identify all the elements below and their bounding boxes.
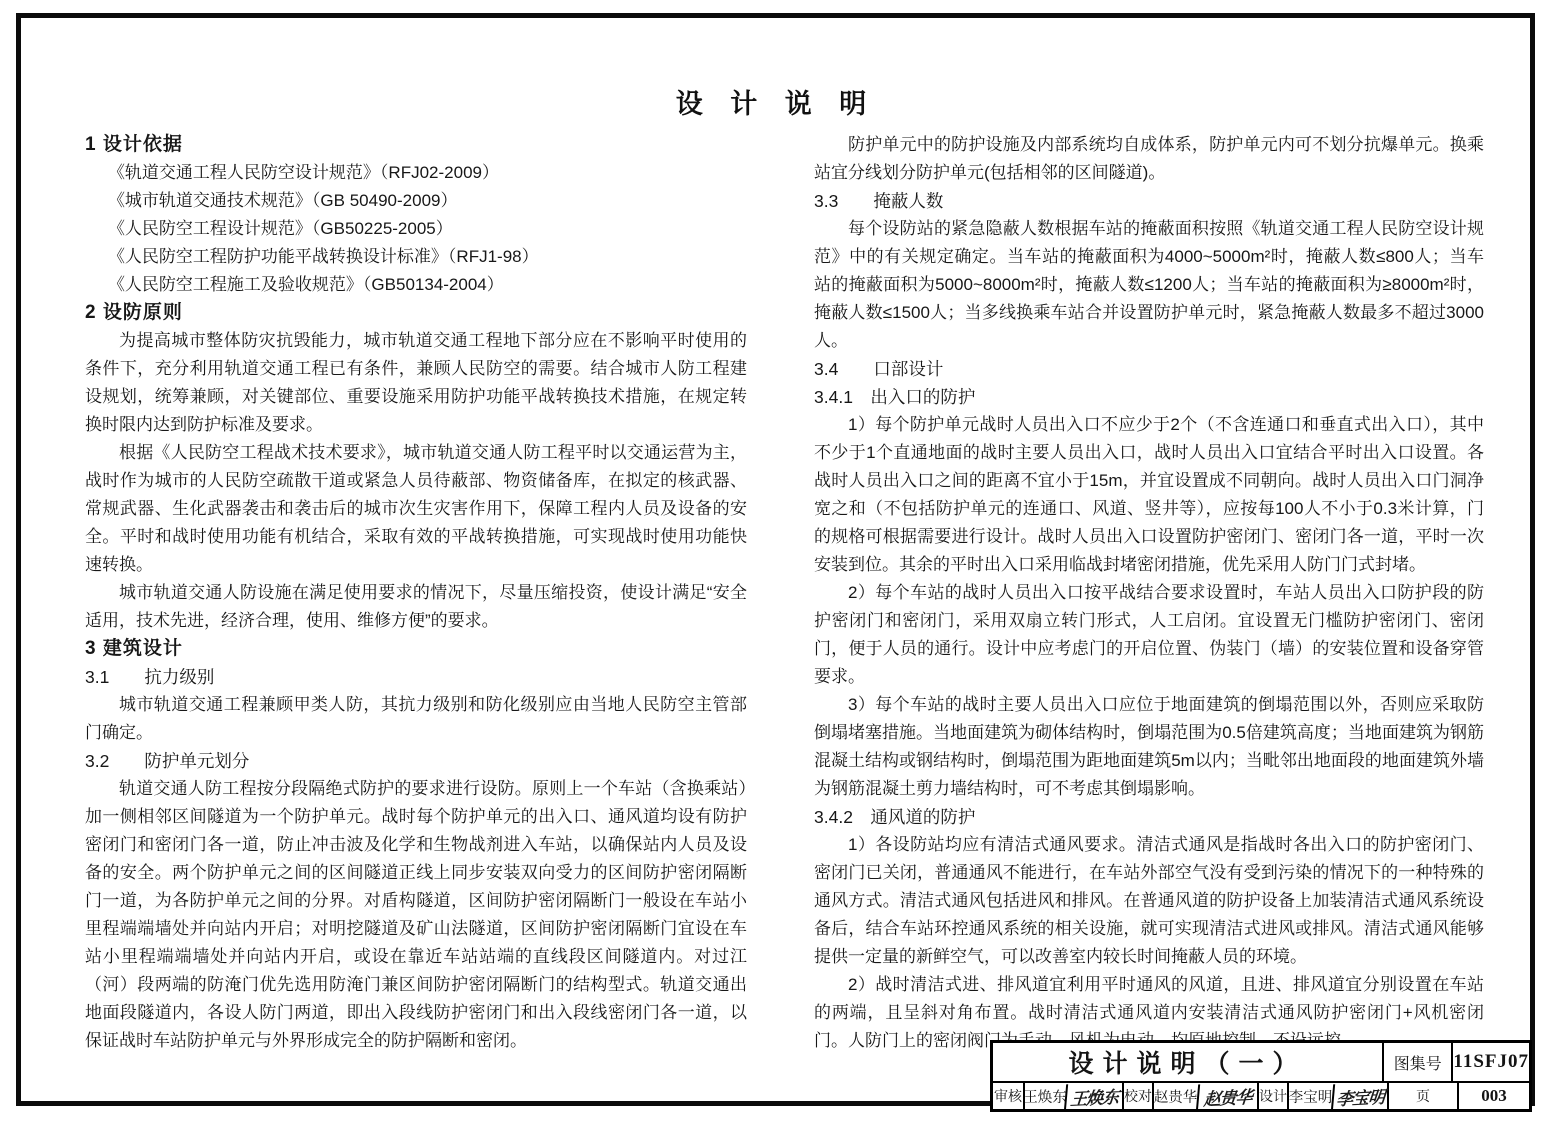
text-block: 轨道交通人防工程按分段隔绝式防护的要求进行设防。原则上一个车站（含换乘站）加一侧…: [85, 775, 747, 1055]
text-block: 《人民防空工程设计规范》（GB50225-2005）: [85, 215, 747, 243]
designer-signature: 李宝明: [1331, 1081, 1388, 1110]
proofreader-signature: 赵贵华: [1196, 1081, 1258, 1110]
document-page: 设 计 说 明 1 设计依据《轨道交通工程人民防空设计规范》（RFJ02-200…: [0, 0, 1552, 1124]
text-block: 城市轨道交通人防设施在满足使用要求的情况下，尽量压缩投资，使设计满足“安全适用，…: [85, 579, 747, 635]
title-block: 设计说明（一） 图集号 11SFJ07 审核 王焕东 王焕东 校对 赵贵华 赵贵…: [990, 1040, 1532, 1112]
text-block: 为提高城市整体防灾抗毁能力，城市轨道交通工程地下部分应在不影响平时使用的条件下，…: [85, 327, 747, 439]
text-block: 3.4.1 出入口的防护: [814, 383, 1484, 411]
proofreader-label: 校对: [1122, 1083, 1152, 1109]
text-block: 2）每个车站的战时人员出入口按平战结合要求设置时，车站人员出入口防护段的防护密闭…: [814, 579, 1484, 691]
text-block: 每个设防站的紧急隐蔽人数根据车站的掩蔽面积按照《轨道交通工程人民防空设计规范》中…: [814, 215, 1484, 355]
left-column: 1 设计依据《轨道交通工程人民防空设计规范》（RFJ02-2009）《城市轨道交…: [85, 131, 747, 1055]
text-block: 1）各设防站均应有清洁式通风要求。清洁式通风是指战时各出入口的防护密闭门、密闭门…: [814, 831, 1484, 971]
right-column: 防护单元中的防护设施及内部系统均自成体系，防护单元内可不划分抗爆单元。换乘站宜分…: [814, 131, 1484, 1055]
reviewer-label: 审核: [993, 1083, 1023, 1109]
page-title: 设 计 说 明: [0, 82, 1552, 121]
text-block: 《轨道交通工程人民防空设计规范》（RFJ02-2009）: [85, 159, 747, 187]
text-block: 《人民防空工程施工及验收规范》（GB50134-2004）: [85, 271, 747, 299]
text-block: 1 设计依据: [85, 131, 747, 159]
text-block: 根据《人民防空工程战术技术要求》，城市轨道交通人防工程平时以交通运营为主，战时作…: [85, 439, 747, 579]
proofreader-name: 赵贵华: [1152, 1083, 1197, 1109]
text-block: 3 建筑设计: [85, 635, 747, 663]
text-block: 3.4.2 通风道的防护: [814, 803, 1484, 831]
reviewer-name: 王焕东: [1023, 1083, 1065, 1109]
page-number-value: 003: [1457, 1083, 1529, 1109]
text-block: 3.3 掩蔽人数: [814, 187, 1484, 215]
text-block: 3.2 防护单元划分: [85, 747, 747, 775]
text-block: 2 设防原则: [85, 299, 747, 327]
text-block: 《人民防空工程防护功能平战转换设计标准》（RFJ1-98）: [85, 243, 747, 271]
atlas-number-label: 图集号: [1382, 1043, 1451, 1081]
text-block: 城市轨道交通工程兼顾甲类人防，其抗力级别和防化级别应由当地人民防空主管部门确定。: [85, 691, 747, 747]
text-block: 3.1 抗力级别: [85, 663, 747, 691]
reviewer-signature: 王焕东: [1064, 1081, 1123, 1110]
title-block-row-bottom: 审核 王焕东 王焕东 校对 赵贵华 赵贵华 设计 李宝明 李宝明 页 003: [993, 1083, 1529, 1109]
title-block-row-top: 设计说明（一） 图集号 11SFJ07: [993, 1043, 1529, 1083]
atlas-number-value: 11SFJ07: [1451, 1043, 1529, 1081]
text-block: 《城市轨道交通技术规范》（GB 50490-2009）: [85, 187, 747, 215]
text-block: 防护单元中的防护设施及内部系统均自成体系，防护单元内可不划分抗爆单元。换乘站宜分…: [814, 131, 1484, 187]
text-block: 3）每个车站的战时主要人员出入口应位于地面建筑的倒塌范围以外，否则应采取防倒塌堵…: [814, 691, 1484, 803]
text-block: 3.4 口部设计: [814, 355, 1484, 383]
sheet-title: 设计说明（一）: [993, 1043, 1382, 1081]
page-number-label: 页: [1387, 1083, 1457, 1109]
designer-label: 设计: [1257, 1083, 1287, 1109]
text-block: 1）每个防护单元战时人员出入口不应少于2个（不含连通口和垂直式出入口），其中不少…: [814, 411, 1484, 579]
designer-name: 李宝明: [1287, 1083, 1332, 1109]
